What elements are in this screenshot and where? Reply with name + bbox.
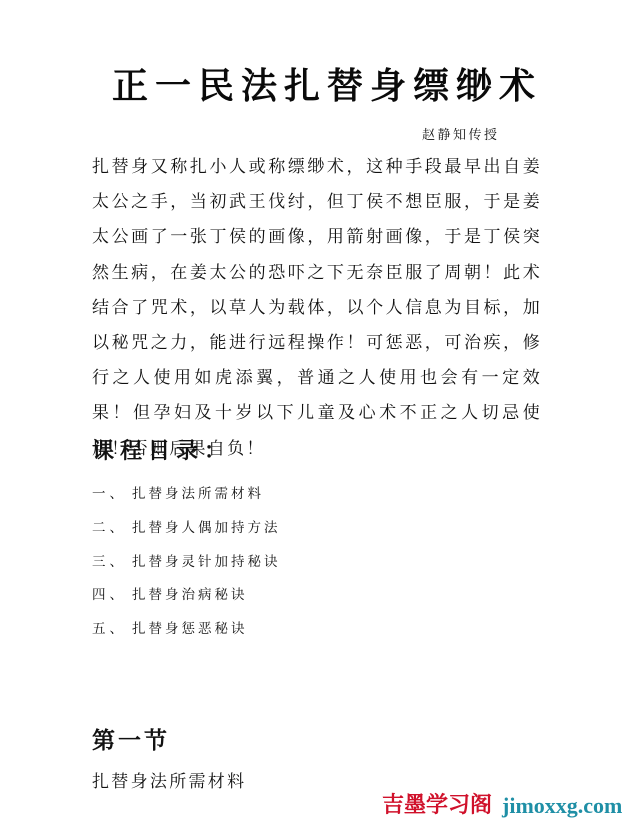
document-title: 正一民法扎替身缥缈术	[112, 66, 512, 106]
toc-heading: 课程目录：	[92, 437, 232, 465]
toc-item-number: 四、	[92, 585, 132, 605]
toc-item-label: 扎替身人偶加持方法	[132, 520, 281, 536]
toc-item-label: 扎替身灵针加持秘诀	[132, 554, 281, 570]
watermark-url: jimoxxg.com	[502, 793, 622, 819]
toc-item-number: 二、	[92, 518, 132, 538]
toc-item-number: 五、	[92, 619, 132, 639]
toc-item-number: 三、	[92, 552, 132, 572]
toc-item-label: 扎替身治病秘诀	[132, 587, 248, 603]
section-subtitle: 扎替身法所需材料	[92, 771, 246, 793]
toc-list: 一、扎替身法所需材料 二、扎替身人偶加持方法 三、扎替身灵针加持秘诀 四、扎替身…	[92, 484, 281, 653]
author-line: 赵静知传授	[422, 128, 500, 144]
site-watermark: 吉墨学习阁 jimoxxg.com	[382, 792, 622, 820]
toc-item-label: 扎替身法所需材料	[132, 486, 264, 502]
watermark-brand: 吉墨学习阁	[382, 793, 492, 819]
toc-item-label: 扎替身惩恶秘诀	[132, 621, 248, 637]
intro-paragraph: 扎替身又称扎小人或称缥缈术，这种手段最早出自姜太公之手，当初武王伐纣，但丁侯不想…	[92, 150, 542, 467]
toc-item: 四、扎替身治病秘诀	[92, 585, 281, 619]
toc-item: 一、扎替身法所需材料	[92, 484, 281, 518]
toc-item: 三、扎替身灵针加持秘诀	[92, 552, 281, 586]
document-page: 正一民法扎替身缥缈术 赵静知传授 扎替身又称扎小人或称缥缈术，这种手段最早出自姜…	[0, 0, 633, 825]
toc-item-number: 一、	[92, 484, 132, 504]
toc-item: 五、扎替身惩恶秘诀	[92, 619, 281, 653]
section-heading: 第一节	[92, 727, 170, 755]
toc-item: 二、扎替身人偶加持方法	[92, 518, 281, 552]
